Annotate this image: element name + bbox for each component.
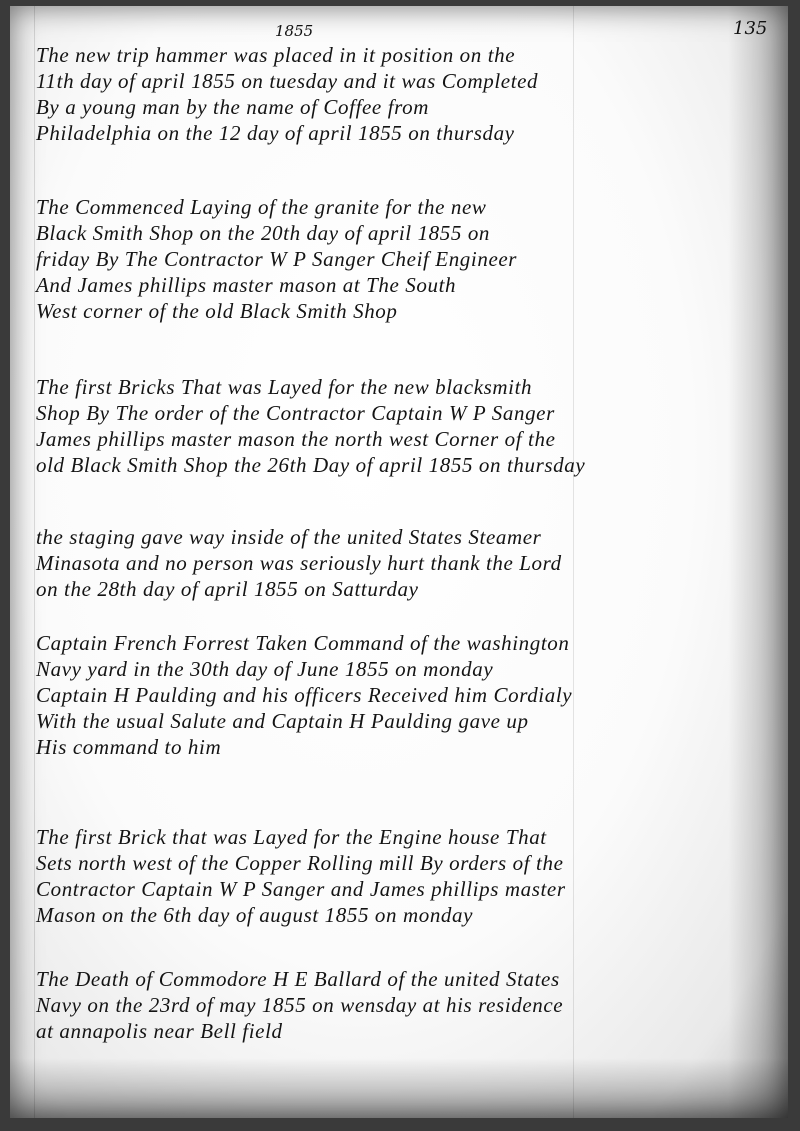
entry-line: Black Smith Shop on the 20th day of apri… [36, 220, 776, 246]
entry-line: Navy on the 23rd of may 1855 on wensday … [36, 992, 776, 1018]
entry-line: Navy yard in the 30th day of June 1855 o… [36, 656, 776, 682]
entry-line: old Black Smith Shop the 26th Day of apr… [36, 452, 776, 478]
entry-line: West corner of the old Black Smith Shop [36, 298, 776, 324]
entry-line: Minasota and no person was seriously hur… [36, 550, 776, 576]
entry-line: Captain French Forrest Taken Command of … [36, 630, 776, 656]
margin-rule [34, 6, 35, 1118]
entry-line: The first Bricks That was Layed for the … [36, 374, 776, 400]
entry-line: The Commenced Laying of the granite for … [36, 194, 776, 220]
entry-staging-accident: the staging gave way inside of the unite… [36, 524, 776, 602]
entry-command-change: Captain French Forrest Taken Command of … [36, 630, 776, 760]
entry-line: Contractor Captain W P Sanger and James … [36, 876, 776, 902]
entry-line: Philadelphia on the 12 day of april 1855… [36, 120, 776, 146]
entry-line: With the usual Salute and Captain H Paul… [36, 708, 776, 734]
entry-line: the staging gave way inside of the unite… [36, 524, 776, 550]
entry-line: The Death of Commodore H E Ballard of th… [36, 966, 776, 992]
entry-line: at annapolis near Bell field [36, 1018, 776, 1044]
entry-line: The first Brick that was Layed for the E… [36, 824, 776, 850]
entry-line: friday By The Contractor W P Sanger Chei… [36, 246, 776, 272]
page-bottom-shadow [10, 1058, 788, 1118]
manuscript-page: 1855 135 The new trip hammer was placed … [10, 6, 788, 1118]
entry-granite-laying: The Commenced Laying of the granite for … [36, 194, 776, 324]
entry-line: Captain H Paulding and his officers Rece… [36, 682, 776, 708]
entry-line: Shop By The order of the Contractor Capt… [36, 400, 776, 426]
entry-death-commodore: The Death of Commodore H E Ballard of th… [36, 966, 776, 1044]
entry-line: 11th day of april 1855 on tuesday and it… [36, 68, 776, 94]
entry-engine-house: The first Brick that was Layed for the E… [36, 824, 776, 928]
entry-line: By a young man by the name of Coffee fro… [36, 94, 776, 120]
entry-trip-hammer: The new trip hammer was placed in it pos… [36, 42, 776, 146]
entry-line: His command to him [36, 734, 776, 760]
entry-line: Sets north west of the Copper Rolling mi… [36, 850, 776, 876]
entry-line: And James phillips master mason at The S… [36, 272, 776, 298]
header-year: 1855 [275, 22, 313, 40]
entry-line: James phillips master mason the north we… [36, 426, 776, 452]
entry-line: Mason on the 6th day of august 1855 on m… [36, 902, 776, 928]
entry-first-bricks-blacksmith: The first Bricks That was Layed for the … [36, 374, 776, 478]
entry-line: on the 28th day of april 1855 on Satturd… [36, 576, 776, 602]
page-number: 135 [733, 18, 767, 39]
entry-line: The new trip hammer was placed in it pos… [36, 42, 776, 68]
